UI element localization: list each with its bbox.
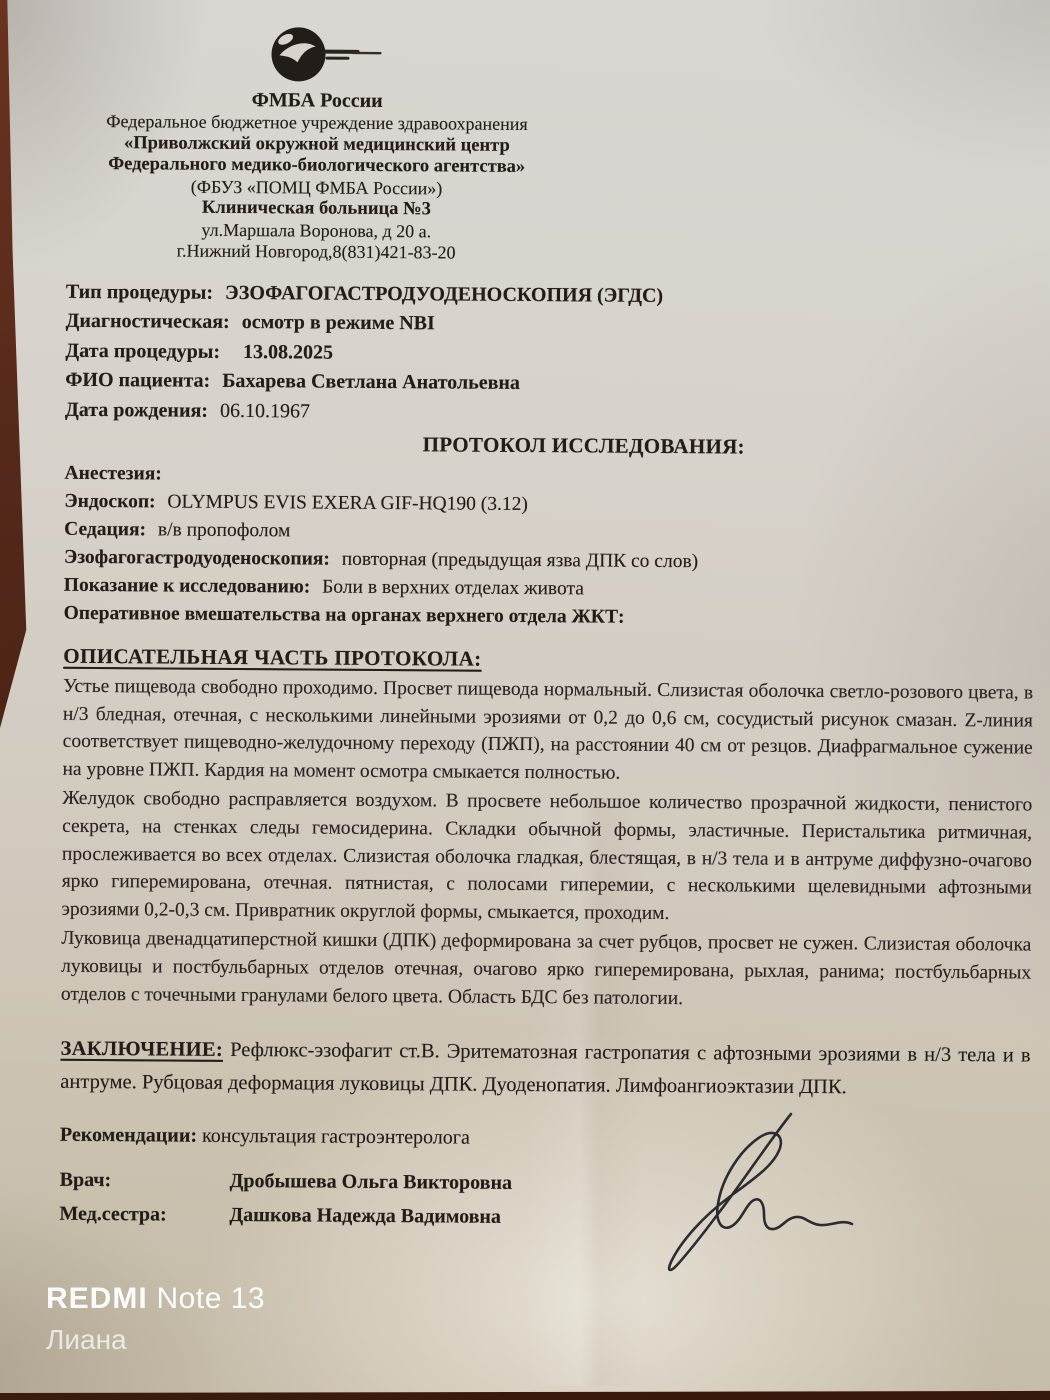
org-line: Федеральное бюджетное учреждение здравоо…: [57, 111, 577, 136]
field-label: Тип процедуры:: [66, 280, 213, 303]
field-label: Показание к исследованию:: [64, 575, 311, 598]
field-label: Дата процедуры:: [65, 339, 220, 362]
conclusion-paragraph: ЗАКЛЮЧЕНИЕ: Рефлюкс-эзофагит ст.В. Эрите…: [60, 1033, 1030, 1106]
recommendations-line: Рекомендации: консультация гастроэнтерол…: [60, 1119, 1030, 1156]
field-label: Дата рождения:: [65, 398, 208, 421]
field-label: ФИО пациента:: [65, 369, 210, 392]
field-label: Анестезия:: [65, 463, 162, 485]
logo-wrap: [57, 23, 577, 91]
watermark-device-brand: REDMI: [46, 1282, 148, 1315]
field-birth-date: Дата рождения: 06.10.1967: [65, 395, 1035, 431]
recommendations-value: консультация гастроэнтеролога: [202, 1124, 470, 1148]
camera-watermark: REDMI Note 13 Лиана: [46, 1282, 265, 1356]
field-value: Бахарева Светлана Анатольевна: [222, 370, 520, 394]
field-surgical-history: Оперативное вмешательства на органах вер…: [64, 600, 1034, 635]
protocol-title: ПРОТОКОЛ ИССЛЕДОВАНИЯ:: [99, 428, 1050, 464]
org-line: г.Нижний Новгород,8(831)421-83-20: [56, 240, 576, 265]
field-label: Эндоскоп:: [64, 491, 155, 513]
recommendations-label: Рекомендации:: [60, 1123, 197, 1146]
signatory-label: Мед.сестра:: [59, 1196, 229, 1231]
signatory-name: Дробышева Ольга Викторовна: [230, 1164, 513, 1200]
org-header: ФМБА России Федеральное бюджетное учрежд…: [56, 23, 578, 265]
org-line: Федерального медико-биологического агент…: [57, 154, 577, 179]
descriptive-paragraph-duodenum: Луковица двенадцатиперстной кишки (ДПК) …: [61, 925, 1032, 1015]
field-label: Эзофагогастродуоденоскопия:: [64, 547, 330, 570]
document-content: ФМБА России Федеральное бюджетное учрежд…: [0, 0, 1050, 1400]
watermark-owner: Лиана: [46, 1324, 265, 1356]
field-label: Диагностическая:: [66, 310, 230, 333]
conclusion-label: ЗАКЛЮЧЕНИЕ:: [60, 1038, 223, 1061]
field-value: OLYMPUS EVIS EXERA GIF-HQ190 (3.12): [167, 492, 528, 516]
descriptive-paragraph-esophagus: Устье пищевода свободно проходимо. Просв…: [62, 673, 1033, 790]
watermark-device: REDMI Note 13: [46, 1282, 265, 1316]
signatory-label: Врач:: [60, 1162, 230, 1197]
field-value: ЭЗОФАГОГАСТРОДУОДЕНОСКОПИЯ (ЭГДС): [225, 281, 663, 306]
field-value: повторная (предыдущая язва ДПК со слов): [342, 549, 699, 572]
field-label: Оперативное вмешательства на органах вер…: [64, 603, 625, 628]
field-value: осмотр в режиме NBI: [242, 311, 435, 334]
study-fields: Анестезия: Эндоскоп: OLYMPUS EVIS EXERA …: [64, 460, 1035, 635]
photo-backdrop: ФМБА России Федеральное бюджетное учрежд…: [0, 0, 1050, 1400]
doctor-signature: [628, 1108, 858, 1273]
field-value: Боли в верхних отделах живота: [322, 577, 584, 600]
watermark-device-model: Note 13: [148, 1282, 265, 1315]
signatory-name: Дашкова Надежда Вадимовна: [229, 1198, 501, 1234]
field-label: Седация:: [64, 519, 146, 541]
org-title: ФМБА России: [57, 87, 577, 115]
field-value: 13.08.2025: [243, 341, 333, 364]
signatories: Врач: Дробышева Ольга Викторовна Мед.сес…: [59, 1162, 1029, 1237]
fmba-emblem-icon: [251, 24, 401, 87]
field-value: 06.10.1967: [220, 399, 310, 422]
descriptive-title: ОПИСАТЕЛЬНАЯ ЧАСТЬ ПРОТОКОЛА:: [63, 642, 1033, 678]
signatory-row-nurse: Мед.сестра: Дашкова Надежда Вадимовна: [59, 1196, 1029, 1237]
patient-fields: Тип процедуры: ЭЗОФАГОГАСТРОДУОДЕНОСКОПИ…: [65, 277, 1036, 431]
descriptive-paragraph-stomach: Желудок свободно расправляется воздухом.…: [61, 785, 1032, 930]
field-value: в/в пропофолом: [158, 519, 291, 541]
